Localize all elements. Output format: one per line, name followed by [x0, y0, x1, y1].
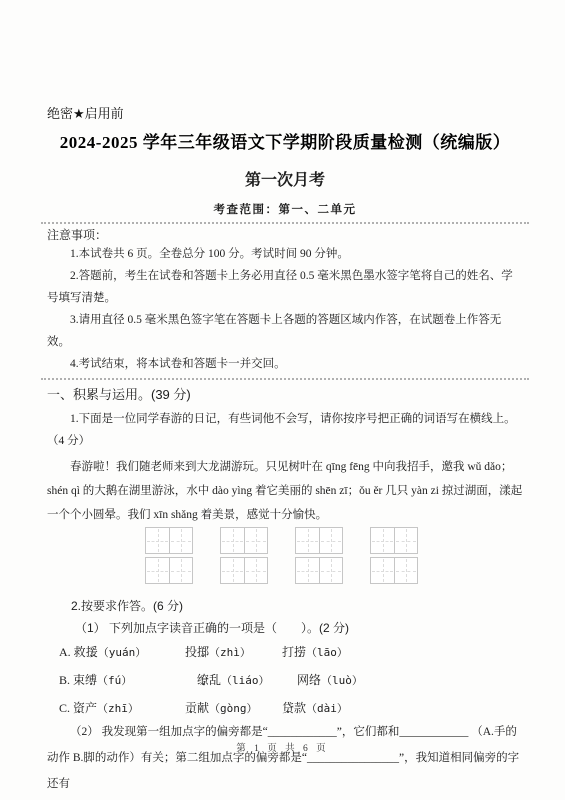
- emphasized-char: 捞: [294, 645, 306, 659]
- question2-2-prompt: （2） 我发现第一组加点字的偏旁都是“____________”，它们都和___…: [47, 719, 523, 797]
- pinyin: （fú）: [97, 674, 132, 687]
- option-c-word-2: 贡献（gòng）: [185, 700, 282, 717]
- option-c-word-3: 贷款（dài）: [282, 700, 348, 717]
- notice-section: 注意事项： 1.本试卷共 6 页。全卷总分 100 分。考试时间 90 分钟。 …: [47, 227, 523, 375]
- emphasized-char: 资: [73, 701, 85, 715]
- notice-item-1: 1.本试卷共 6 页。全卷总分 100 分。考试时间 90 分钟。: [47, 243, 523, 265]
- diary-passage: 春游啦！我们随老师来到大龙湖游玩。只见树叶在 qīng fēng 中向我招手，邀…: [47, 455, 523, 527]
- option-b-word-1: B. 束缚（fú）: [59, 672, 197, 689]
- option-a-word-2: 投掷（zhì）: [185, 644, 282, 661]
- question2-prompt: 2.按要求作答。(6 分): [47, 598, 523, 614]
- question2-1-prompt: （1） 下列加点字读音正确的一项是（ ）。(2 分): [47, 620, 523, 636]
- option-a-word-1: A. 救援（yuán）: [59, 644, 185, 661]
- grid-cell: [221, 528, 244, 553]
- writing-grid-box: [145, 557, 193, 584]
- pinyin: （yuán）: [98, 646, 147, 659]
- writing-grid-box: [370, 557, 418, 584]
- pinyin: （dài）: [306, 702, 348, 715]
- option-row-b: B. 束缚（fú） 缭乱（liáo） 网络（luò）: [47, 672, 523, 689]
- notice-item-4: 4.考试结束，将本试卷和答题卡一并交回。: [47, 353, 523, 375]
- exam-paper-page: 绝密★启用前 2024-2025 学年三年级语文下学期阶段质量检测（统编版） 第…: [0, 0, 565, 800]
- pinyin: （lāo）: [306, 646, 348, 659]
- grid-cell: [244, 558, 267, 583]
- question1-prompt: 1.下面是一位同学春游的日记，有些词他不会写，请你按序号把正确的词语写在横线上。: [47, 408, 523, 430]
- notice-item-3: 3.请用直径 0.5 毫米黑色签字笔在答题卡上各题的答题区域内作答，在试题卷上作…: [47, 309, 523, 353]
- emphasized-char: 贷: [282, 701, 294, 715]
- grid-cell: [319, 528, 342, 553]
- dotted-divider-top: [41, 222, 529, 224]
- grid-cell: [221, 558, 244, 583]
- page-number: 第 1 页 共 6 页: [0, 740, 565, 754]
- grid-cell: [244, 528, 267, 553]
- grid-cell: [169, 528, 192, 553]
- option-b-word-3: 网络（luò）: [297, 672, 363, 689]
- pinyin: （zhì）: [209, 646, 251, 659]
- pinyin: （luò）: [321, 674, 363, 687]
- notice-heading: 注意事项：: [47, 227, 523, 243]
- dotted-divider-section: [41, 378, 529, 380]
- page-content: 绝密★启用前 2024-2025 学年三年级语文下学期阶段质量检测（统编版） 第…: [0, 0, 565, 797]
- page-title: 2024-2025 学年三年级语文下学期阶段质量检测（统编版）: [47, 130, 523, 156]
- exam-subtitle: 第一次月考: [47, 170, 523, 192]
- emphasized-char: 掷: [197, 645, 209, 659]
- notice-item-2: 2.答题前，考生在试卷和答题卡上务必用直径 0.5 毫米黑色墨水签字笔将自己的姓…: [47, 265, 523, 309]
- exam-scope: 考查范围：第一、二单元: [47, 204, 523, 217]
- grid-cell: [371, 528, 394, 553]
- grid-cell: [169, 558, 192, 583]
- option-a-word-3: 打捞（lāo）: [282, 644, 348, 661]
- section1-heading: 一、积累与运用。(39 分): [47, 387, 523, 403]
- grid-cell: [319, 558, 342, 583]
- grid-cell: [296, 528, 319, 553]
- question1-score: （4 分）: [47, 430, 523, 452]
- emphasized-char: 援: [86, 645, 98, 659]
- writing-grid-row-2: [145, 557, 523, 584]
- writing-grid-box: [145, 527, 193, 554]
- secret-label: 绝密★启用前: [47, 103, 523, 122]
- grid-cell: [371, 558, 394, 583]
- writing-grid-box: [370, 527, 418, 554]
- writing-grid-row-1: [145, 527, 523, 554]
- option-row-a: A. 救援（yuán） 投掷（zhì） 打捞（lāo）: [47, 644, 523, 661]
- grid-cell: [394, 558, 417, 583]
- writing-grid-box: [295, 527, 343, 554]
- emphasized-char: 缚: [85, 673, 97, 687]
- emphasized-char: 缭: [197, 673, 209, 687]
- emphasized-char: 贡: [185, 701, 197, 715]
- grid-cell: [146, 528, 169, 553]
- option-b-word-2: 缭乱（liáo）: [197, 672, 297, 689]
- grid-cell: [394, 528, 417, 553]
- pinyin: （gòng）: [209, 702, 258, 715]
- writing-grid-box: [295, 557, 343, 584]
- grid-cell: [146, 558, 169, 583]
- pinyin: （zhī）: [97, 702, 139, 715]
- emphasized-char: 络: [309, 673, 321, 687]
- grid-cell: [296, 558, 319, 583]
- option-c-word-1: C. 资产（zhī）: [59, 700, 185, 717]
- writing-grid-box: [220, 527, 268, 554]
- option-row-c: C. 资产（zhī） 贡献（gòng） 贷款（dài）: [47, 700, 523, 717]
- writing-grid-box: [220, 557, 268, 584]
- pinyin: （liáo）: [221, 674, 270, 687]
